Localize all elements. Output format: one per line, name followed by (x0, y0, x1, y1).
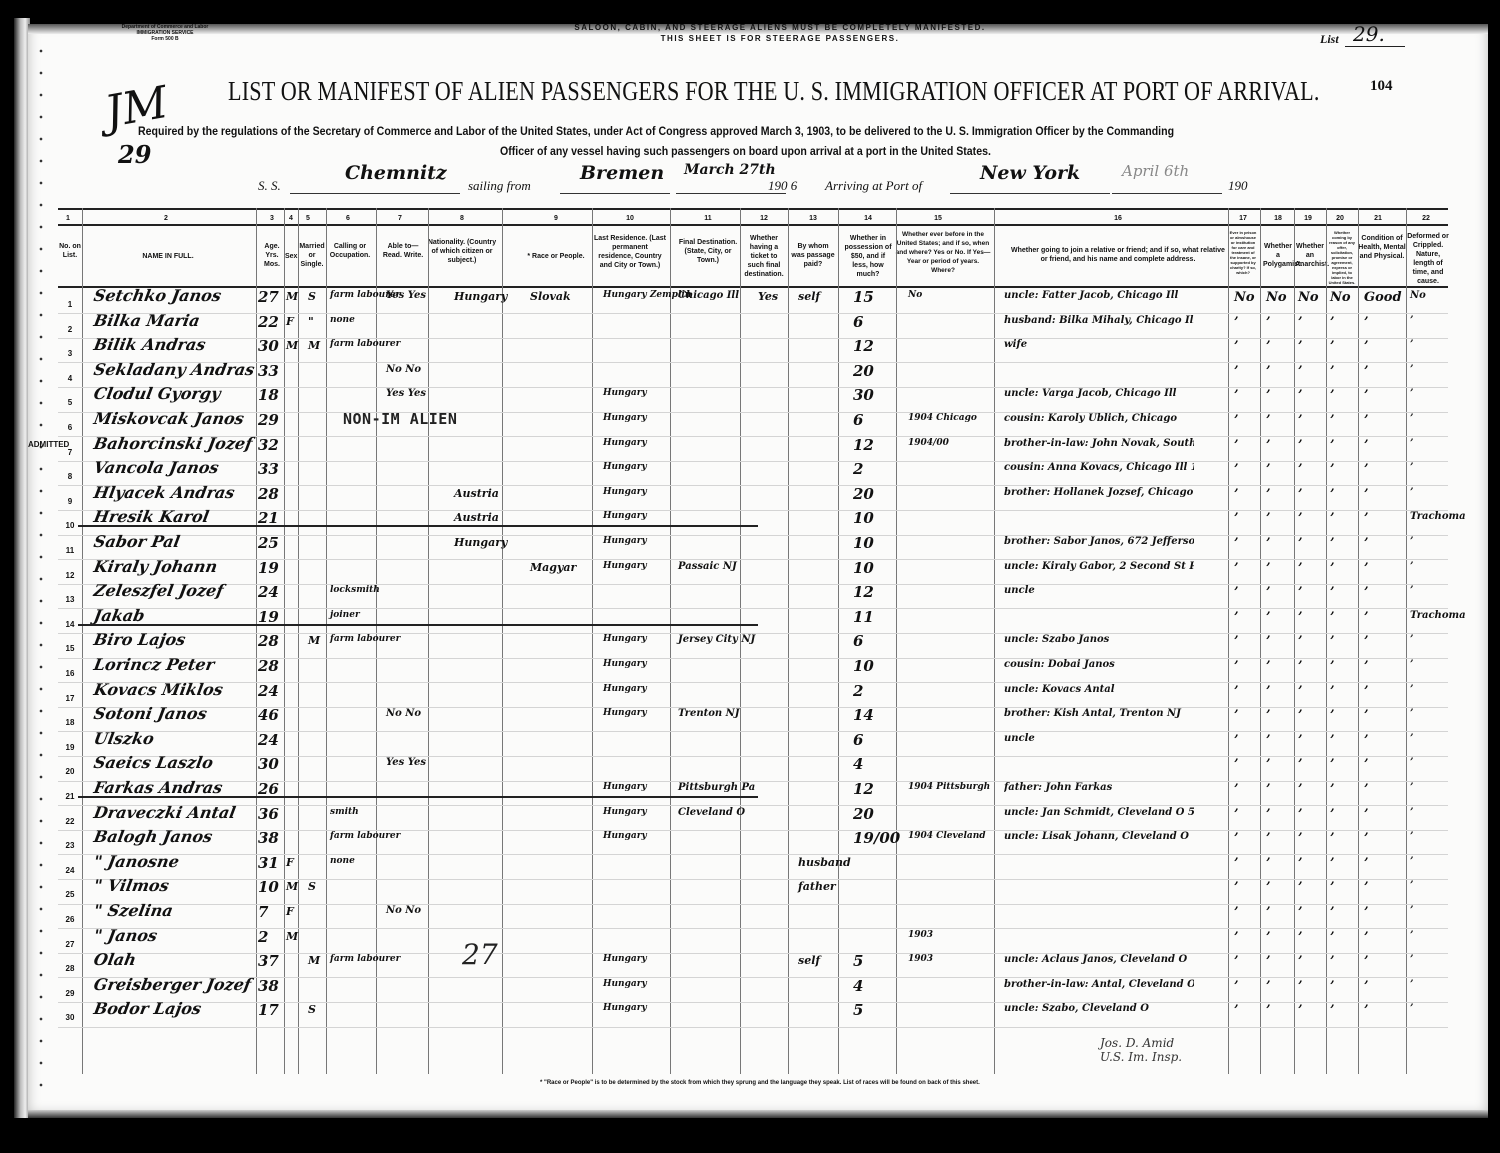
col-num: 7 (398, 215, 402, 222)
year-arrival: 190 (1228, 178, 1248, 194)
married-cell: M (308, 634, 320, 647)
money-cell: 19/00 (853, 829, 900, 847)
deformed-cell: ’ (1410, 339, 1413, 350)
contract-labor-cell: ’ (1330, 856, 1335, 871)
list-number-cell: 5 (58, 398, 82, 407)
contract-labor-cell: ’ (1330, 610, 1335, 625)
occupation-cell: joiner (330, 610, 360, 620)
relative-cell: uncle: Varga Jacob, Chicago Ill (1004, 388, 1194, 399)
money-cell: 5 (853, 952, 863, 970)
polygamist-cell: ’ (1266, 684, 1271, 699)
admitted-stamp: ADMITTED (28, 440, 69, 449)
header-occupation: Calling or Occupation. (328, 242, 372, 260)
money-cell: 6 (853, 731, 863, 749)
document-title: LIST OR MANIFEST OF ALIEN PASSENGERS FOR… (228, 76, 1122, 107)
residence-cell: Hungary (603, 684, 647, 694)
col-num: 8 (460, 215, 464, 222)
money-cell: 12 (853, 583, 874, 601)
contract-labor-cell: ’ (1330, 511, 1335, 526)
header-race: * Race or People. (526, 252, 586, 261)
deformed-cell: ’ (1410, 782, 1413, 793)
list-number-cell: 25 (58, 890, 82, 899)
anarchist-cell: ’ (1298, 856, 1303, 871)
anarchist-cell: ’ (1298, 807, 1303, 822)
age-cell: 33 (258, 460, 298, 478)
sheet-number: 104 (1370, 78, 1393, 95)
header-last-residence: Last Residence. (Last permanent residenc… (594, 234, 666, 270)
polygamist-cell: ’ (1266, 315, 1271, 330)
relative-cell: brother-in-law: Antal, Cleveland O (1004, 979, 1194, 990)
col-num: 22 (1422, 215, 1430, 222)
col-num: 21 (1374, 215, 1382, 222)
col-num: 20 (1336, 215, 1344, 222)
deformed-cell: ’ (1410, 708, 1413, 719)
money-cell: 14 (853, 706, 874, 724)
notice-line-2: THIS SHEET IS FOR STEERAGE PASSENGERS. (500, 33, 1060, 44)
deformed-cell: ’ (1410, 438, 1413, 449)
ship-name: Chemnitz (290, 162, 460, 194)
prison-cell: ’ (1234, 511, 1239, 526)
health-cell: ’ (1364, 487, 1369, 502)
header-final-destination: Final Destination. (State, City, or Town… (678, 238, 738, 265)
department-header: Department of Commerce and Labor IMMIGRA… (110, 24, 220, 42)
header-age: Age. Yrs. Mos. (257, 242, 287, 269)
polygamist-cell: ’ (1266, 733, 1271, 748)
health-cell: ’ (1364, 782, 1369, 797)
polygamist-cell: ’ (1266, 856, 1271, 871)
header-before-in-us: Whether ever before in the United States… (895, 230, 991, 275)
col-num: 14 (864, 215, 872, 222)
deformed-cell: ’ (1410, 388, 1413, 399)
health-cell: ’ (1364, 561, 1369, 576)
polygamist-cell: ’ (1266, 782, 1271, 797)
money-cell: 15 (853, 288, 874, 306)
residence-cell: Hungary (603, 659, 647, 669)
before-in-us-cell: 1904 Cleveland (908, 831, 986, 841)
prison-cell: ’ (1234, 782, 1239, 797)
deformed-cell: ’ (1410, 880, 1413, 891)
destination-cell: Jersey City NJ (678, 634, 755, 645)
occupation-cell: farm labourer (330, 831, 400, 841)
list-number-cell: 24 (58, 866, 82, 875)
polygamist-cell: ’ (1266, 831, 1271, 846)
anarchist-cell: ’ (1298, 659, 1303, 674)
contract-labor-cell: ’ (1330, 733, 1335, 748)
deformed-cell: ’ (1410, 315, 1413, 326)
contract-labor-cell: ’ (1330, 757, 1335, 772)
prison-cell: ’ (1234, 413, 1239, 428)
anarchist-cell: ’ (1298, 388, 1303, 403)
deformed-cell: ’ (1410, 634, 1413, 645)
health-cell: ’ (1364, 930, 1369, 945)
contract-labor-cell: ’ (1330, 536, 1335, 551)
polygamist-cell: ’ (1266, 954, 1271, 969)
health-cell: ’ (1364, 438, 1369, 453)
deformed-cell: ’ (1410, 536, 1413, 547)
deformed-cell: ’ (1410, 831, 1413, 842)
health-cell: ’ (1364, 315, 1369, 330)
prison-cell: ’ (1234, 536, 1239, 551)
non-immigrant-alien-stamp: NON-IM ALIEN (343, 410, 457, 428)
money-cell: 2 (853, 460, 863, 478)
relative-cell: uncle: Lisak Johann, Cleveland O (1004, 831, 1194, 842)
inspector-signature: Jos. D. Amid U.S. Im. Insp. (1100, 1036, 1182, 1064)
money-cell: 12 (853, 337, 874, 355)
list-number-cell: 17 (58, 694, 82, 703)
money-cell: 12 (853, 436, 874, 454)
race-cell: Slovak (530, 290, 571, 303)
prison-cell: ’ (1234, 954, 1239, 969)
money-cell: 11 (853, 608, 874, 626)
contract-labor-cell: ’ (1330, 954, 1335, 969)
col-num: 6 (346, 215, 350, 222)
contract-labor-cell: ’ (1330, 831, 1335, 846)
col-num: 17 (1239, 215, 1247, 222)
health-cell: ’ (1364, 413, 1369, 428)
contract-labor-cell: ’ (1330, 487, 1335, 502)
sailing-label: sailing from (468, 178, 531, 194)
residence-cell: Hungary (603, 462, 647, 472)
ss-label: S. S. (258, 178, 281, 194)
deformed-cell: ’ (1410, 905, 1413, 916)
prison-cell: ’ (1234, 339, 1239, 354)
age-cell: 33 (258, 362, 298, 380)
prison-cell: ’ (1234, 733, 1239, 748)
prison-cell: ’ (1234, 388, 1239, 403)
age-cell: 17 (258, 1001, 298, 1019)
prison-cell: ’ (1234, 462, 1239, 477)
column-number-row: 1 2 3 4 5 6 7 8 9 10 11 12 13 14 15 16 1… (58, 208, 1448, 226)
relative-cell: cousin: Karoly Ublich, Chicago (1004, 413, 1194, 424)
contract-labor-cell: ’ (1330, 930, 1335, 945)
residence-cell: Hungary (603, 388, 647, 398)
col-num: 19 (1304, 215, 1312, 222)
residence-cell: Hungary (603, 561, 647, 571)
voyage-details: S. S. Chemnitz sailing from Bremen March… (0, 158, 1460, 198)
anarchist-cell: ’ (1298, 536, 1303, 551)
contract-labor-cell: ’ (1330, 364, 1335, 379)
polygamist-cell: ’ (1266, 585, 1271, 600)
list-number-cell: 16 (58, 669, 82, 678)
residence-cell: Hungary (603, 1003, 647, 1013)
contract-labor-cell: ’ (1330, 979, 1335, 994)
money-cell: 12 (853, 780, 874, 798)
list-number-cell: 29 (58, 989, 82, 998)
deformed-cell: ’ (1410, 364, 1413, 375)
anarchist-cell: ’ (1298, 315, 1303, 330)
deformed-cell: ’ (1410, 954, 1413, 965)
money-cell: 20 (853, 362, 874, 380)
age-cell: 36 (258, 805, 298, 823)
anarchist-cell: ’ (1298, 339, 1303, 354)
contract-labor-cell: ’ (1330, 413, 1335, 428)
prison-cell: ’ (1234, 831, 1239, 846)
relative-cell: uncle: Kovacs Antal (1004, 684, 1194, 695)
prison-cell: ’ (1234, 807, 1239, 822)
money-cell: 6 (853, 313, 863, 331)
destination-cell: Passaic NJ (678, 561, 737, 572)
contract-labor-cell: ’ (1330, 880, 1335, 895)
contract-labor-cell: ’ (1330, 388, 1335, 403)
relative-cell: uncle: Szabo Janos (1004, 634, 1194, 645)
col-num: 11 (704, 215, 711, 222)
header-money: Whether in possession of $50, and if les… (843, 234, 893, 279)
relative-cell: uncle: Szabo, Cleveland O (1004, 1003, 1194, 1014)
col-num: 3 (270, 215, 274, 222)
col-num: 10 (626, 215, 634, 222)
deformed-cell: ’ (1410, 807, 1413, 818)
prison-cell: ’ (1234, 610, 1239, 625)
deformed-cell: ’ (1410, 979, 1413, 990)
header-contract-labor: Whether coming by reason of any offer, s… (1327, 230, 1357, 285)
occupation-cell: none (330, 315, 355, 325)
age-cell: 28 (258, 657, 298, 675)
prison-cell: ’ (1234, 1003, 1239, 1018)
header-anarchist: Whether an Anarchist. (1295, 242, 1325, 269)
residence-cell: Hungary (603, 954, 647, 964)
col-num: 16 (1114, 215, 1122, 222)
anarchist-cell: ’ (1298, 585, 1303, 600)
relative-cell: uncle: Jan Schmidt, Cleveland O 52 (1004, 807, 1194, 818)
residence-cell: Hungary (603, 634, 647, 644)
money-cell: 10 (853, 509, 874, 527)
sex-cell: M (286, 290, 298, 303)
age-cell: 21 (258, 509, 298, 527)
residence-cell: Hungary (603, 831, 647, 841)
paid-by-cell: self (798, 290, 820, 303)
ticket-cell: Yes (758, 290, 778, 303)
health-cell: ’ (1364, 585, 1369, 600)
anarchist-cell: ’ (1298, 634, 1303, 649)
col-num: 12 (760, 215, 768, 222)
prison-cell: ’ (1234, 905, 1239, 920)
prison-cell: ’ (1234, 561, 1239, 576)
relative-cell: uncle (1004, 585, 1194, 596)
port-arrival: New York (950, 162, 1110, 194)
prison-cell: ’ (1234, 487, 1239, 502)
health-cell: ’ (1364, 733, 1369, 748)
money-cell: 4 (853, 977, 863, 995)
list-number-cell: 15 (58, 644, 82, 653)
residence-cell: Hungary (603, 511, 647, 521)
nationality-cell: Austria (454, 487, 499, 500)
money-cell: 20 (853, 805, 874, 823)
deformed-cell: Trachoma (1410, 610, 1466, 621)
married-cell: " (308, 315, 314, 328)
health-cell: ’ (1364, 364, 1369, 379)
col-num: 1 (66, 215, 70, 222)
money-cell: 10 (853, 657, 874, 675)
health-cell: ’ (1364, 634, 1369, 649)
arriving-label: Arriving at Port of (825, 178, 922, 194)
polygamist-cell: ’ (1266, 438, 1271, 453)
money-cell: 2 (853, 682, 863, 700)
header-deformed: Deformed or Crippled. Nature, length of … (1406, 232, 1450, 286)
paid-by-cell: husband (798, 856, 851, 869)
anarchist-cell: ’ (1298, 831, 1303, 846)
anarchist-cell: ’ (1298, 905, 1303, 920)
occupation-cell: locksmith (330, 585, 380, 595)
race-cell: Magyar (530, 561, 576, 574)
prison-cell: No (1234, 290, 1255, 305)
anarchist-cell: ’ (1298, 979, 1303, 994)
anarchist-cell: ’ (1298, 708, 1303, 723)
header-read-write: Able to— Read. Write. (378, 242, 428, 260)
age-cell: 24 (258, 583, 298, 601)
signature-line-2: U.S. Im. Insp. (1100, 1050, 1182, 1064)
list-number-cell: 13 (58, 595, 82, 604)
notice-line-1: SALOON, CABIN, AND STEERAGE ALIENS MUST … (500, 22, 1060, 33)
health-cell: ’ (1364, 880, 1369, 895)
occupation-cell: farm labourer (330, 339, 400, 349)
married-cell: S (308, 1003, 316, 1016)
age-cell: 24 (258, 682, 298, 700)
column-headers: No. on List. NAME IN FULL. Age. Yrs. Mos… (58, 228, 1448, 288)
destination-cell: Pittsburgh Pa (678, 782, 755, 793)
age-cell: 19 (258, 559, 298, 577)
paid-by-cell: father (798, 880, 836, 893)
anarchist-cell: ’ (1298, 930, 1303, 945)
occupation-cell: smith (330, 807, 359, 817)
health-cell: ’ (1364, 339, 1369, 354)
list-number-cell: 4 (58, 374, 82, 383)
polygamist-cell: ’ (1266, 905, 1271, 920)
deformed-cell: ’ (1410, 684, 1413, 695)
list-number-cell: 8 (58, 472, 82, 481)
residence-cell: Hungary (603, 807, 647, 817)
anarchist-cell: ’ (1298, 1003, 1303, 1018)
health-cell: ’ (1364, 979, 1369, 994)
age-cell: 28 (258, 632, 298, 650)
money-cell: 4 (853, 755, 863, 773)
before-in-us-cell: 1903 (908, 954, 933, 964)
nationality-cell: Austria (454, 511, 499, 524)
list-number-cell: 20 (58, 767, 82, 776)
health-cell: ’ (1364, 807, 1369, 822)
page-bottom-edge (28, 1110, 1488, 1118)
age-cell: 38 (258, 977, 298, 995)
money-cell: 30 (853, 386, 874, 404)
residence-cell: Hungary (603, 438, 647, 448)
destination-cell: Chicago Ill (678, 290, 739, 301)
deformed-cell: ’ (1410, 659, 1413, 670)
contract-labor-cell: ’ (1330, 708, 1335, 723)
relative-cell: brother: Hollanek Jozsef, Chicago Ill (1004, 487, 1194, 498)
list-number-cell: 18 (58, 718, 82, 727)
contract-labor-cell: ’ (1330, 339, 1335, 354)
age-cell: 18 (258, 386, 298, 404)
form-number: Form 500 B (110, 36, 220, 42)
health-cell: ’ (1364, 684, 1369, 699)
read-write-cell: No No (386, 708, 421, 719)
prison-cell: ’ (1234, 634, 1239, 649)
deformed-cell: ’ (1410, 462, 1413, 473)
contract-labor-cell: ’ (1330, 315, 1335, 330)
health-cell: ’ (1364, 462, 1369, 477)
age-cell: 30 (258, 755, 298, 773)
polygamist-cell: ’ (1266, 979, 1271, 994)
anarchist-cell: ’ (1298, 880, 1303, 895)
anarchist-cell: ’ (1298, 684, 1303, 699)
contract-labor-cell: ’ (1330, 561, 1335, 576)
sex-cell: F (286, 905, 294, 918)
polygamist-cell: ’ (1266, 610, 1271, 625)
married-cell: M (308, 954, 320, 967)
prison-cell: ’ (1234, 757, 1239, 772)
polygamist-cell: ’ (1266, 561, 1271, 576)
binding-holes (38, 40, 44, 1100)
age-cell: 28 (258, 485, 298, 503)
header-no-on-list: No. on List. (59, 242, 81, 260)
sex-cell: M (286, 930, 298, 943)
age-cell: 38 (258, 829, 298, 847)
col-num: 18 (1274, 215, 1282, 222)
polygamist-cell: ’ (1266, 930, 1271, 945)
header-ticket: Whether having a ticket to such final de… (742, 234, 786, 279)
port-from: Bremen (560, 162, 670, 194)
passenger-row: 30 Bodor Lajos 17 S Hungary 5 uncle: Sza… (58, 1003, 1448, 1027)
race-footnote: * "Race or People" is to be determined b… (540, 1080, 980, 1086)
anarchist-cell: ’ (1298, 954, 1303, 969)
age-cell: 25 (258, 534, 298, 552)
relative-cell: cousin: Dobai Janos (1004, 659, 1194, 670)
list-number-cell: 14 (58, 620, 82, 629)
residence-cell: Hungary (603, 708, 647, 718)
contract-labor-cell: ’ (1330, 462, 1335, 477)
prison-cell: ’ (1234, 585, 1239, 600)
relative-cell: cousin: Anna Kovacs, Chicago Ill 1236 (1004, 462, 1194, 473)
health-cell: ’ (1364, 536, 1369, 551)
polygamist-cell: ’ (1266, 807, 1271, 822)
deformed-cell: ’ (1410, 733, 1413, 744)
col-num: 5 (306, 215, 310, 222)
read-write-cell: Yes Yes (386, 290, 426, 301)
header-polygamist: Whether a Polygamist. (1263, 242, 1293, 269)
relative-cell: uncle: Aclaus Janos, Cleveland O (1004, 954, 1194, 965)
deformed-cell: ’ (1410, 930, 1413, 941)
contract-labor-cell: ’ (1330, 807, 1335, 822)
money-cell: 10 (853, 534, 874, 552)
list-number-cell: 12 (58, 571, 82, 580)
money-cell: 6 (853, 411, 863, 429)
polygamist-cell: ’ (1266, 536, 1271, 551)
header-prison: Ever in prison or almshouse or instituti… (1228, 230, 1258, 275)
nationality-cell: Hungary (454, 290, 507, 303)
health-cell: ’ (1364, 1003, 1369, 1018)
anarchist-cell: ’ (1298, 511, 1303, 526)
contract-labor-cell: No (1330, 290, 1351, 305)
health-cell: ’ (1364, 511, 1369, 526)
before-in-us-cell: 1904 Chicago (908, 413, 977, 423)
header-passage-paid: By whom was passage paid? (791, 242, 835, 269)
header-joining-relative: Whether going to join a relative or frie… (1008, 246, 1228, 264)
relative-cell: brother-in-law: John Novak, South Chicag… (1004, 438, 1194, 449)
read-write-cell: No No (386, 905, 421, 916)
relative-cell: husband: Bilka Mihaly, Chicago Ill (1004, 315, 1194, 326)
nationality-cell: Hungary (454, 536, 507, 549)
prison-cell: ’ (1234, 659, 1239, 674)
contract-labor-cell: ’ (1330, 634, 1335, 649)
relative-cell: wife (1004, 339, 1194, 350)
age-cell: 46 (258, 706, 298, 724)
health-cell: ’ (1364, 708, 1369, 723)
date-arrival: April 6th (1112, 162, 1222, 194)
health-cell: ’ (1364, 757, 1369, 772)
anarchist-cell: No (1298, 290, 1319, 305)
prison-cell: ’ (1234, 684, 1239, 699)
health-cell: ’ (1364, 856, 1369, 871)
header-married: Married or Single. (297, 242, 327, 269)
